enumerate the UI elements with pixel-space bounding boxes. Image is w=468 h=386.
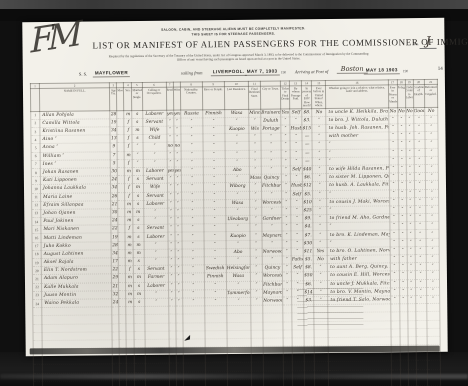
manifest-cell: $9. bbox=[303, 215, 313, 223]
manifest-cell: ″ bbox=[181, 191, 203, 199]
manifest-cell: Norwood bbox=[263, 297, 283, 305]
manifest-cell: Good bbox=[413, 107, 424, 115]
empty-cell bbox=[292, 354, 304, 362]
manifest-cell: $15. bbox=[302, 125, 312, 133]
column-header: Deformed or Crippled. bbox=[424, 84, 437, 107]
empty-cell bbox=[127, 380, 135, 386]
manifest-cell: Servant bbox=[142, 118, 166, 126]
manifest-cell: ″ bbox=[174, 183, 181, 191]
manifest-cell: ″ bbox=[203, 117, 225, 125]
empty-cell bbox=[169, 339, 176, 347]
manifest-cell: Laborer bbox=[144, 282, 168, 290]
manifest-cell: ″ bbox=[407, 222, 415, 230]
manifest-cell: m bbox=[126, 290, 134, 298]
notes-ruled-lines bbox=[297, 283, 363, 328]
empty-cell bbox=[33, 324, 42, 332]
empty-cell bbox=[427, 369, 440, 377]
manifest-cell: ″ bbox=[414, 132, 425, 140]
manifest-cell: ″ bbox=[282, 240, 291, 248]
empty-cell bbox=[391, 369, 400, 377]
manifest-cell: ″ bbox=[203, 183, 225, 191]
manifest-cell: Gardner bbox=[262, 215, 282, 223]
manifest-cell: ″ bbox=[133, 151, 143, 159]
manifest-cell: ″ bbox=[251, 289, 263, 297]
manifest-cell: Wasa bbox=[226, 273, 250, 281]
manifest-cell: ″ bbox=[399, 247, 407, 255]
manifest-cell: Finnish bbox=[202, 109, 224, 117]
manifest-cell: 7 bbox=[110, 151, 117, 159]
manifest-cell: 5 bbox=[31, 144, 40, 152]
sheet-page-number: 14 bbox=[438, 67, 443, 72]
manifest-cell: ″ bbox=[292, 272, 304, 280]
manifest-cell: ″ bbox=[313, 223, 327, 231]
empty-cell bbox=[169, 372, 176, 380]
manifest-cell: ″ bbox=[406, 124, 414, 132]
manifest-cell: ″ bbox=[174, 200, 181, 208]
empty-cell bbox=[127, 356, 135, 364]
manifest-cell: ″ bbox=[250, 215, 262, 223]
empty-cell bbox=[408, 336, 416, 344]
empty-cell bbox=[112, 315, 119, 323]
manifest-cell bbox=[118, 233, 125, 241]
manifest-cell: ″ bbox=[181, 126, 203, 134]
manifest-cell: ″ bbox=[144, 241, 168, 249]
manifest-cell: ″ bbox=[406, 205, 414, 213]
manifest-cell: — bbox=[302, 157, 312, 165]
manifest-cell: Fitchburg bbox=[263, 281, 283, 289]
empty-cell bbox=[391, 353, 400, 361]
manifest-cell: No bbox=[397, 107, 405, 115]
manifest-cell: ″ bbox=[181, 142, 203, 150]
manifest-cell bbox=[117, 135, 124, 143]
manifest-cell: ″ bbox=[313, 239, 327, 247]
manifest-cell: ″ bbox=[262, 240, 282, 248]
empty-cell bbox=[205, 363, 227, 371]
manifest-cell: Kuopio bbox=[226, 232, 250, 240]
empty-cell bbox=[390, 304, 399, 312]
manifest-table-wrap: 123456789101112131415161718192021NAME IN… bbox=[30, 79, 441, 386]
manifest-cell: Duluth bbox=[261, 117, 281, 125]
manifest-cell: ″ bbox=[290, 158, 302, 166]
empty-cell bbox=[33, 308, 42, 316]
empty-cell bbox=[183, 314, 205, 322]
manifest-cell: f bbox=[126, 266, 134, 274]
manifest-cell: ″ bbox=[407, 271, 415, 279]
manifest-cell: 34 bbox=[112, 250, 119, 258]
manifest-cell: ″ bbox=[282, 182, 291, 190]
manifest-cell: ″ bbox=[426, 230, 439, 238]
manifest-cell: ″ bbox=[175, 241, 182, 249]
empty-cell bbox=[293, 370, 305, 378]
manifest-cell: Mass bbox=[249, 174, 261, 182]
manifest-cell: ″ bbox=[407, 238, 415, 246]
manifest-cell: ″ bbox=[181, 150, 203, 158]
empty-cell bbox=[400, 369, 408, 377]
manifest-cell: ″ bbox=[249, 142, 261, 150]
manifest-cell: Yes bbox=[281, 109, 290, 117]
manifest-cell: ″ bbox=[167, 134, 174, 142]
manifest-cell: m bbox=[125, 217, 133, 225]
manifest-cell: ″ bbox=[399, 255, 407, 263]
manifest-cell: ″ bbox=[204, 240, 226, 248]
empty-cell bbox=[227, 305, 251, 313]
manifest-cell: ″ bbox=[249, 150, 261, 158]
manifest-cell: ″ bbox=[398, 173, 406, 181]
manifest-cell: ″ bbox=[281, 149, 290, 157]
empty-cell bbox=[427, 320, 440, 328]
manifest-cell: ″ bbox=[283, 272, 292, 280]
manifest-cell: Abo bbox=[225, 166, 249, 174]
manifest-cell: ″ bbox=[398, 165, 406, 173]
manifest-cell bbox=[119, 249, 126, 257]
empty-cell bbox=[182, 306, 204, 314]
manifest-cell: ″ bbox=[204, 232, 226, 240]
empty-cell bbox=[205, 330, 227, 338]
manifest-cell: ″ bbox=[282, 264, 291, 272]
manifest-cell: $50. bbox=[304, 272, 314, 280]
manifest-cell: Husband bbox=[290, 125, 302, 133]
manifest-cell: ″ bbox=[282, 190, 291, 198]
empty-cell bbox=[284, 371, 293, 379]
manifest-cell: ″ bbox=[389, 173, 398, 181]
empty-cell bbox=[145, 364, 169, 372]
manifest-cell: f bbox=[124, 143, 132, 151]
manifest-cell: Laborer bbox=[142, 110, 166, 118]
column-header: Last Residence. bbox=[224, 86, 248, 109]
empty-cell bbox=[183, 322, 205, 330]
empty-cell bbox=[176, 339, 183, 347]
manifest-cell: m bbox=[125, 233, 133, 241]
manifest-cell: ″ bbox=[226, 281, 250, 289]
manifest-cell bbox=[117, 118, 124, 126]
manifest-cell: ″ bbox=[415, 230, 426, 238]
empty-cell bbox=[283, 338, 292, 346]
manifest-cell: ″ bbox=[144, 290, 168, 298]
manifest-cell: ″ bbox=[390, 247, 399, 255]
empty-cell bbox=[391, 320, 400, 328]
manifest-cell: ″ bbox=[398, 214, 406, 222]
empty-cell bbox=[227, 338, 251, 346]
empty-cell bbox=[135, 364, 145, 372]
manifest-cell: Quincy bbox=[262, 264, 282, 272]
empty-cell bbox=[127, 372, 135, 380]
empty-cell bbox=[315, 362, 329, 370]
manifest-cell: Helsingfors bbox=[226, 265, 250, 273]
manifest-cell: ″ bbox=[281, 133, 290, 141]
manifest-cell: ″ bbox=[291, 248, 303, 256]
manifest-cell: 1 bbox=[31, 111, 40, 119]
manifest-cell: ″ bbox=[399, 271, 407, 279]
manifest-cell: ″ bbox=[227, 297, 251, 305]
manifest-cell: ″ bbox=[390, 263, 399, 271]
manifest-cell: ″ bbox=[281, 158, 290, 166]
manifest-cell: ″ bbox=[389, 206, 398, 214]
manifest-cell: ″ bbox=[398, 197, 406, 205]
manifest-cell: Uleaborg bbox=[226, 215, 250, 223]
empty-cell bbox=[144, 306, 168, 314]
manifest-cell: m bbox=[125, 168, 133, 176]
manifest-cell: ″ bbox=[250, 281, 262, 289]
manifest-page: FM SALOON, CABIN, AND STEERAGE ALIENS MU… bbox=[22, 18, 447, 356]
manifest-cell: 19 bbox=[111, 233, 118, 241]
manifest-cell: ″ bbox=[180, 118, 202, 126]
scan-edge-top bbox=[0, 0, 468, 9]
manifest-cell: ″ bbox=[133, 143, 143, 151]
empty-cell bbox=[127, 364, 135, 372]
manifest-cell: ″ bbox=[175, 232, 182, 240]
empty-cell bbox=[135, 372, 145, 380]
manifest-cell: ″ bbox=[425, 132, 438, 140]
manifest-cell: ″ bbox=[203, 207, 225, 215]
manifest-cell: ″ bbox=[281, 141, 290, 149]
manifest-cell: ″ bbox=[250, 240, 262, 248]
manifest-cell: Servant bbox=[143, 224, 167, 232]
manifest-cell: ″ bbox=[389, 148, 398, 156]
manifest-cell: s bbox=[134, 298, 144, 306]
manifest-cell: ″ bbox=[415, 222, 426, 230]
empty-cell bbox=[400, 328, 408, 336]
manifest-cell: ″ bbox=[182, 281, 204, 289]
empty-cell bbox=[176, 372, 183, 380]
manifest-cell: ″ bbox=[182, 249, 204, 257]
manifest-cell: 21 bbox=[111, 200, 118, 208]
manifest-cell: 32 bbox=[112, 290, 119, 298]
empty-cell bbox=[415, 304, 426, 312]
manifest-cell: 23 bbox=[33, 291, 42, 299]
manifest-cell: ″ bbox=[389, 214, 398, 222]
manifest-cell bbox=[119, 266, 126, 274]
manifest-cell: $7. bbox=[303, 231, 313, 239]
manifest-cell bbox=[118, 184, 125, 192]
manifest-cell: ″ bbox=[204, 248, 226, 256]
empty-cell bbox=[416, 328, 427, 336]
manifest-cell: ″ bbox=[251, 297, 263, 305]
empty-cell bbox=[416, 369, 427, 377]
empty-cell bbox=[304, 354, 314, 362]
manifest-cell: ″ bbox=[249, 117, 261, 125]
manifest-cell: ″ bbox=[182, 265, 204, 273]
departure-date-stamp: MAY 7, 1903 bbox=[245, 69, 280, 76]
manifest-cell: ″ bbox=[290, 133, 302, 141]
manifest-cell: ″ bbox=[414, 156, 425, 164]
manifest-cell: ″ bbox=[203, 199, 225, 207]
empty-cell bbox=[427, 336, 440, 344]
manifest-cell: ″ bbox=[406, 156, 414, 164]
manifest-cell: m bbox=[126, 249, 134, 257]
manifest-cell: ″ bbox=[226, 240, 250, 248]
manifest-cell: ″ bbox=[261, 158, 281, 166]
empty-cell bbox=[134, 323, 144, 331]
manifest-cell: ″ bbox=[168, 241, 175, 249]
manifest-cell: $40. bbox=[302, 166, 312, 174]
manifest-cell: m bbox=[132, 126, 142, 134]
manifest-cell: ″ bbox=[414, 181, 425, 189]
manifest-cell: f bbox=[124, 118, 132, 126]
manifest-cell: ″ bbox=[249, 158, 261, 166]
manifest-cell: ″ bbox=[414, 124, 425, 132]
sheet-number-value: J bbox=[420, 34, 437, 49]
empty-cell bbox=[145, 380, 169, 386]
manifest-cell: $3. bbox=[302, 117, 312, 125]
manifest-cell: ″ bbox=[415, 295, 426, 303]
empty-cell bbox=[134, 331, 144, 339]
manifest-cell: ″ bbox=[313, 182, 327, 190]
empty-cell bbox=[400, 378, 408, 386]
manifest-cell: ″ bbox=[426, 287, 439, 295]
manifest-cell: 19 bbox=[32, 259, 41, 267]
empty-cell bbox=[120, 372, 127, 380]
empty-cell bbox=[205, 314, 227, 322]
manifest-cell: ″ bbox=[407, 230, 415, 238]
empty-cell bbox=[176, 323, 183, 331]
column-header: Race or People. bbox=[202, 87, 224, 110]
empty-cell bbox=[407, 304, 415, 312]
manifest-cell: ″ bbox=[181, 134, 203, 142]
empty-cell bbox=[183, 371, 205, 379]
empty-cell bbox=[169, 331, 176, 339]
manifest-cell: ″ bbox=[204, 257, 226, 265]
manifest-cell: ″ bbox=[281, 117, 290, 125]
manifest-cell: ″ bbox=[398, 156, 406, 164]
manifest-table: 123456789101112131415161718192021NAME IN… bbox=[30, 79, 441, 386]
manifest-cell: ″ bbox=[312, 157, 326, 165]
manifest-cell: ″ bbox=[182, 224, 204, 232]
manifest-cell: Brainerd bbox=[261, 109, 281, 117]
manifest-cell: ″ bbox=[312, 133, 326, 141]
manifest-cell: ″ bbox=[314, 272, 328, 280]
manifest-cell: ″ bbox=[398, 181, 406, 189]
empty-cell bbox=[263, 322, 283, 330]
empty-cell bbox=[292, 338, 304, 346]
manifest-cell: ″ bbox=[175, 257, 182, 265]
manifest-cell: ″ bbox=[414, 140, 425, 148]
manifest-cell: m bbox=[134, 290, 144, 298]
manifest-cell bbox=[118, 168, 125, 176]
empty-cell bbox=[33, 332, 42, 340]
manifest-cell: f bbox=[125, 184, 133, 192]
manifest-cell: ″ bbox=[406, 189, 414, 197]
manifest-cell: m bbox=[133, 208, 143, 216]
manifest-cell: — bbox=[302, 133, 312, 141]
manifest-cell: ″ bbox=[406, 181, 414, 189]
empty-cell bbox=[283, 330, 292, 338]
manifest-cell: ″ bbox=[407, 263, 415, 271]
manifest-cell: ″ bbox=[168, 298, 175, 306]
empty-cell bbox=[126, 331, 134, 339]
manifest-cell: 18 bbox=[32, 250, 41, 258]
manifest-cell: m bbox=[133, 184, 143, 192]
manifest-cell: ″ bbox=[282, 207, 291, 215]
empty-cell bbox=[315, 354, 329, 362]
empty-cell bbox=[251, 379, 263, 386]
manifest-cell: $25. bbox=[303, 207, 313, 215]
manifest-cell: ″ bbox=[414, 205, 425, 213]
column-header: Under Contract to Labor. bbox=[405, 85, 413, 108]
manifest-cell: ″ bbox=[415, 255, 426, 263]
empty-cell bbox=[391, 337, 400, 345]
manifest-cell: $5. bbox=[303, 190, 313, 198]
manifest-cell: 24 bbox=[111, 217, 118, 225]
manifest-cell: Swedish bbox=[204, 265, 226, 273]
manifest-cell: ″ bbox=[414, 189, 425, 197]
manifest-cell: ″ bbox=[291, 239, 303, 247]
manifest-cell: ″ bbox=[250, 199, 262, 207]
empty-cell bbox=[390, 312, 399, 320]
column-header: In possession of $30? How much? bbox=[302, 86, 312, 109]
manifest-cell: ″ bbox=[167, 200, 174, 208]
empty-cell bbox=[183, 331, 205, 339]
manifest-cell: ″ bbox=[426, 271, 439, 279]
manifest-cell: ″ bbox=[166, 118, 173, 126]
arriving-at-label: Arriving at Port of bbox=[295, 69, 329, 74]
manifest-cell: ″ bbox=[175, 298, 182, 306]
manifest-cell: Worcester bbox=[262, 272, 282, 280]
empty-cell bbox=[251, 363, 263, 371]
manifest-cell: m bbox=[126, 274, 134, 282]
manifest-cell: ″ bbox=[425, 172, 438, 180]
manifest-cell: ″ bbox=[313, 165, 327, 173]
manifest-cell: Laborer bbox=[143, 200, 167, 208]
empty-cell bbox=[127, 339, 135, 347]
manifest-cell: ″ bbox=[406, 173, 414, 181]
manifest-cell: ″ bbox=[313, 198, 327, 206]
manifest-cell: ″ bbox=[407, 255, 415, 263]
manifest-cell: 24 bbox=[33, 299, 42, 307]
manifest-cell: ″ bbox=[314, 264, 328, 272]
empty-cell bbox=[251, 371, 263, 379]
empty-cell bbox=[126, 307, 134, 315]
empty-cell bbox=[175, 306, 182, 314]
manifest-cell: Self bbox=[290, 166, 302, 174]
empty-cell bbox=[427, 361, 440, 369]
empty-cell bbox=[400, 353, 408, 361]
manifest-cell: 22 bbox=[32, 283, 41, 291]
manifest-cell: f bbox=[125, 176, 133, 184]
manifest-cell: $10. bbox=[303, 198, 313, 206]
manifest-cell: 15 bbox=[32, 226, 41, 234]
manifest-cell: Yes bbox=[313, 247, 327, 255]
manifest-cell: ″ bbox=[282, 248, 291, 256]
manifest-cell: Portage bbox=[261, 125, 281, 133]
manifest-cell: m bbox=[133, 167, 143, 175]
manifest-cell: No bbox=[424, 107, 437, 115]
manifest-cell: Wife bbox=[142, 126, 166, 134]
empty-cell bbox=[408, 369, 416, 377]
manifest-cell: 6 bbox=[31, 152, 40, 160]
manifest-cell: ″ bbox=[181, 208, 203, 216]
empty-cell bbox=[283, 354, 292, 362]
manifest-cell: ″ bbox=[168, 282, 175, 290]
empty-cell bbox=[183, 355, 205, 363]
manifest-cell: ″ bbox=[389, 197, 398, 205]
manifest-cell: ″ bbox=[313, 231, 327, 239]
manifest-cell: yes bbox=[173, 110, 180, 118]
manifest-cell: ″ bbox=[414, 214, 425, 222]
manifest-cell: ″ bbox=[413, 115, 424, 123]
empty-cell bbox=[120, 364, 127, 372]
manifest-cell: ″ bbox=[144, 298, 168, 306]
manifest-cell: ″ bbox=[262, 207, 282, 215]
manifest-cell: 14 bbox=[32, 218, 41, 226]
sheet-number-label: No. bbox=[413, 41, 419, 46]
manifest-cell: ″ bbox=[203, 126, 225, 134]
empty-cell bbox=[315, 370, 329, 378]
empty-cell bbox=[205, 322, 227, 330]
manifest-cell: ″ bbox=[167, 151, 174, 159]
manifest-cell: $8. bbox=[302, 108, 312, 116]
manifest-cell: Servant bbox=[144, 265, 168, 273]
manifest-cell: ″ bbox=[390, 230, 399, 238]
